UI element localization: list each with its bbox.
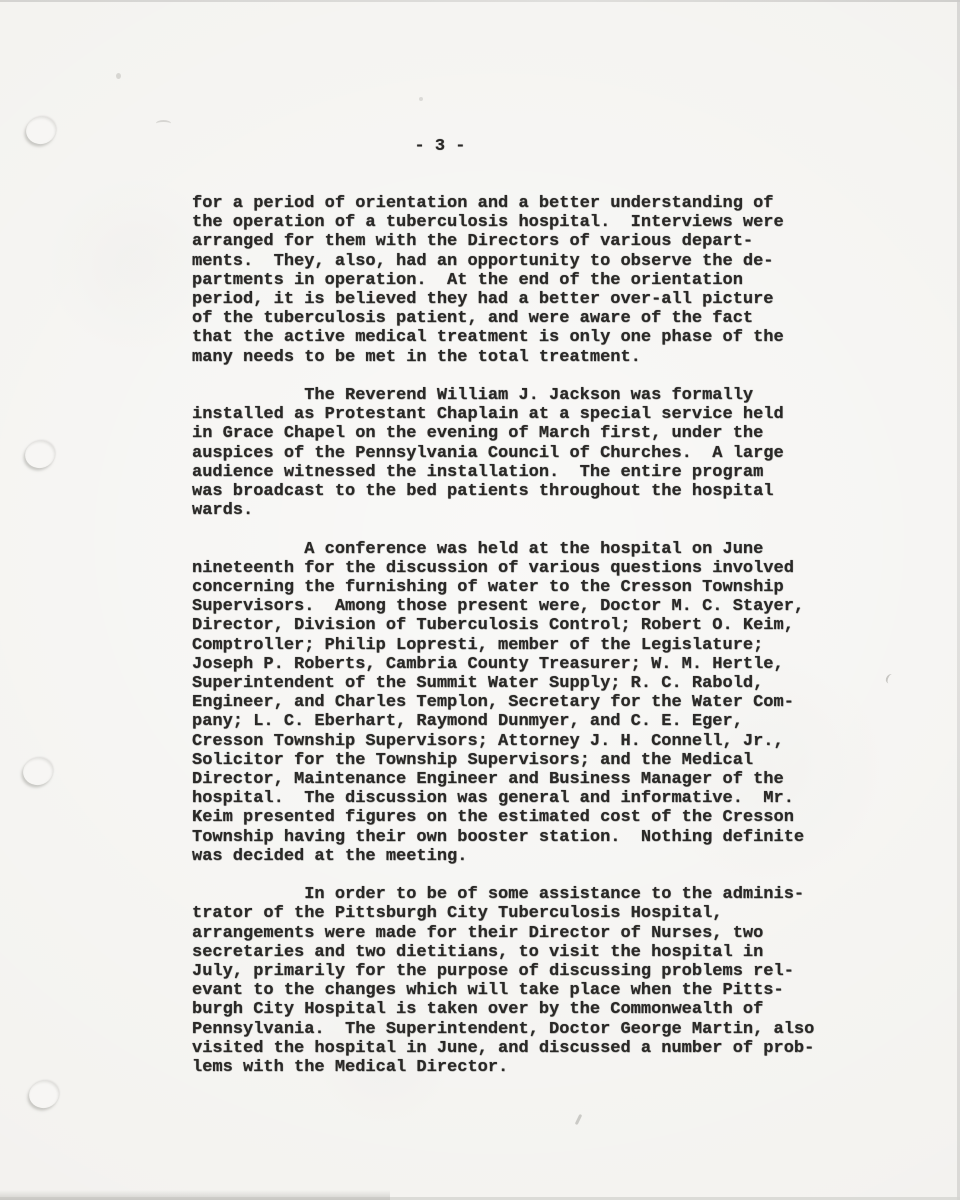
paragraph-2: The Reverend William J. Jackson was form… — [192, 386, 857, 520]
hole-punch-mark-1 — [24, 114, 59, 147]
paragraph-4: In order to be of some assistance to the… — [192, 885, 857, 1077]
scanned-document-page: - 3 - for a period of orientation and a … — [0, 0, 960, 1200]
scan-speck — [419, 97, 423, 101]
scan-speck — [116, 73, 121, 79]
scan-speck — [885, 673, 897, 685]
scan-speck — [156, 120, 171, 127]
scan-edge-bottom-left-shadow — [0, 1190, 390, 1200]
page-number: - 3 - — [404, 137, 476, 157]
hole-punch-mark-3 — [21, 755, 56, 788]
scan-speck — [575, 1114, 583, 1125]
document-body: for a period of orientation and a better… — [192, 194, 857, 1077]
hole-punch-mark-2 — [23, 438, 58, 471]
scan-edge-top — [0, 0, 960, 2]
paragraph-1: for a period of orientation and a better… — [192, 194, 857, 367]
paragraph-3: A conference was held at the hospital on… — [192, 540, 857, 866]
hole-punch-mark-4 — [27, 1078, 62, 1111]
